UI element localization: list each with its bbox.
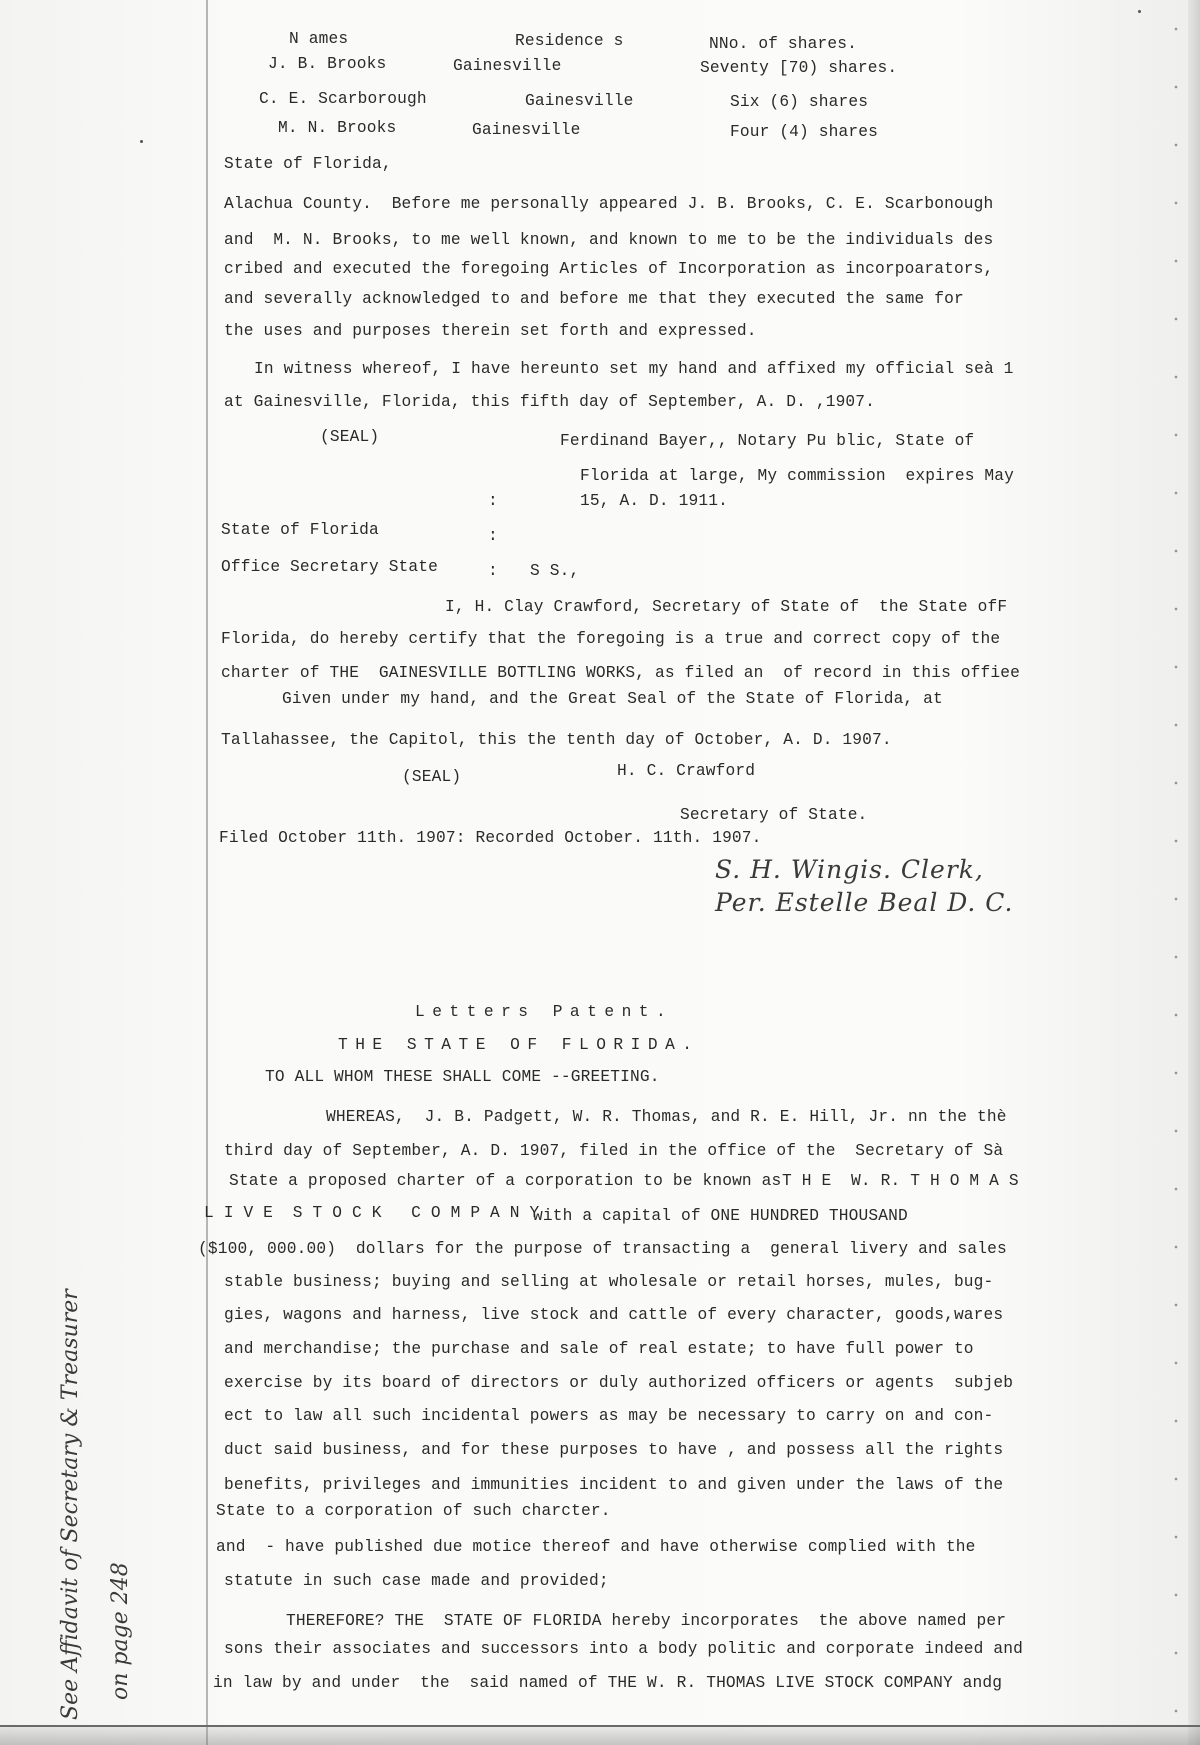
filed-recorded: Filed October 11th. 1907: Recorded Octob… [219, 829, 762, 847]
patent-line: and merchandise; the purchase and sale o… [224, 1340, 974, 1358]
row-residence: Gainesville [453, 57, 562, 75]
colon: : [488, 492, 498, 510]
deputy-signature: Per. Estelle Beal D. C. [715, 888, 1014, 917]
patent-line: statute in such case made and provided; [224, 1572, 609, 1590]
document-page: N ames Residence s NNo. of shares. J. B.… [0, 0, 1200, 1745]
cert-line: I, H. Clay Crawford, Secretary of State … [445, 598, 1007, 616]
witness-line: In witness whereof, I have hereunto set … [254, 360, 1014, 378]
cert-line: charter of THE GAINESVILLE BOTTLING WORK… [221, 664, 1020, 682]
colon: : [488, 562, 498, 580]
company-name-spaced: T H E W. R. T H O M A S [782, 1172, 1019, 1190]
signer-name: H. C. Crawford [617, 762, 755, 780]
patent-line: THEREFORE? THE STATE OF FLORIDA hereby i… [286, 1612, 1006, 1630]
cert-line: Given under my hand, and the Great Seal … [282, 690, 943, 708]
patent-line: sons their associates and successors int… [224, 1640, 1023, 1658]
cert-line: Tallahassee, the Capitol, this the tenth… [221, 731, 892, 749]
clerk-signature: S. H. Wingis. Clerk, [715, 855, 984, 884]
row-shares: Six (6) shares [730, 93, 868, 111]
ack-line: cribed and executed the foregoing Articl… [224, 260, 993, 278]
margin-rule [206, 0, 208, 1745]
scan-speck [140, 140, 143, 143]
row-shares: Four (4) shares [730, 123, 878, 141]
page-right-edge [1188, 0, 1200, 1745]
ack-line: the uses and purposes therein set forth … [224, 322, 757, 340]
header-names: N ames [289, 30, 348, 48]
company-name-spaced: L I V E S T O C K C O M P A N Y [204, 1204, 539, 1222]
witness-line: at Gainesville, Florida, this fifth day … [224, 393, 875, 411]
row-residence: Gainesville [525, 92, 634, 110]
scan-edge-specks [1165, 0, 1187, 1745]
patent-line: exercise by its board of directors or du… [224, 1374, 1013, 1392]
patent-title: Letters Patent. [415, 1003, 673, 1021]
ack-line: and severally acknowledged to and before… [224, 290, 964, 308]
patent-line: gies, wagons and harness, live stock and… [224, 1306, 1003, 1324]
notary-line: Ferdinand Bayer,, Notary Pu blic, State … [560, 432, 974, 450]
ack-line: and M. N. Brooks, to me well known, and … [224, 231, 993, 249]
patent-line: with a capital of ONE HUNDRED THOUSAND [533, 1207, 908, 1225]
page-bottom-edge [0, 1725, 1200, 1745]
notary-line: 15, A. D. 1911. [580, 492, 728, 510]
venue-line: Office Secretary State [221, 558, 438, 576]
venue-state: State of Florida, [224, 155, 392, 173]
patent-line: benefits, privileges and immunities inci… [224, 1476, 1003, 1494]
patent-line: and - have published due motice thereof … [216, 1538, 976, 1556]
ss-mark: S S., [530, 562, 579, 580]
patent-line: ect to law all such incidental powers as… [224, 1407, 993, 1425]
patent-line: duct said business, and for these purpos… [224, 1441, 1003, 1459]
signer-title: Secretary of State. [680, 806, 867, 824]
row-shares: Seventy [70) shares. [700, 59, 897, 77]
patent-line: stable business; buying and selling at w… [224, 1273, 993, 1291]
scan-speck [1138, 10, 1141, 13]
row-name: M. N. Brooks [278, 119, 396, 137]
row-name: J. B. Brooks [268, 55, 386, 73]
colon: : [488, 527, 498, 545]
row-name: C. E. Scarborough [259, 90, 427, 108]
notary-seal: (SEAL) [320, 428, 379, 446]
margin-note-line: on page 248 [108, 1562, 133, 1700]
patent-greeting: TO ALL WHOM THESE SHALL COME --GREETING. [265, 1068, 660, 1086]
patent-line: in law by and under the said named of TH… [213, 1674, 1002, 1692]
row-residence: Gainesville [472, 121, 581, 139]
header-residences: Residence s [515, 32, 624, 50]
notary-line: Florida at large, My commission expires … [580, 467, 1014, 485]
cert-line: Florida, do hereby certify that the fore… [221, 630, 1000, 648]
ack-line: Alachua County. Before me personally app… [224, 195, 993, 213]
patent-state: THE STATE OF FLORIDA. [338, 1036, 700, 1054]
patent-line: WHEREAS, J. B. Padgett, W. R. Thomas, an… [326, 1108, 1007, 1126]
patent-line: State to a corporation of such charcter. [216, 1502, 611, 1520]
header-shares: NNo. of shares. [709, 35, 857, 53]
patent-line: ($100, 000.00) dollars for the purpose o… [198, 1240, 1007, 1258]
cert-seal: (SEAL) [402, 768, 461, 786]
margin-note-line: See Affidavit of Secretary & Treasurer [58, 1289, 83, 1720]
venue-line: State of Florida [221, 521, 379, 539]
patent-line: third day of September, A. D. 1907, file… [224, 1142, 1003, 1160]
patent-line: State a proposed charter of a corporatio… [229, 1172, 781, 1190]
